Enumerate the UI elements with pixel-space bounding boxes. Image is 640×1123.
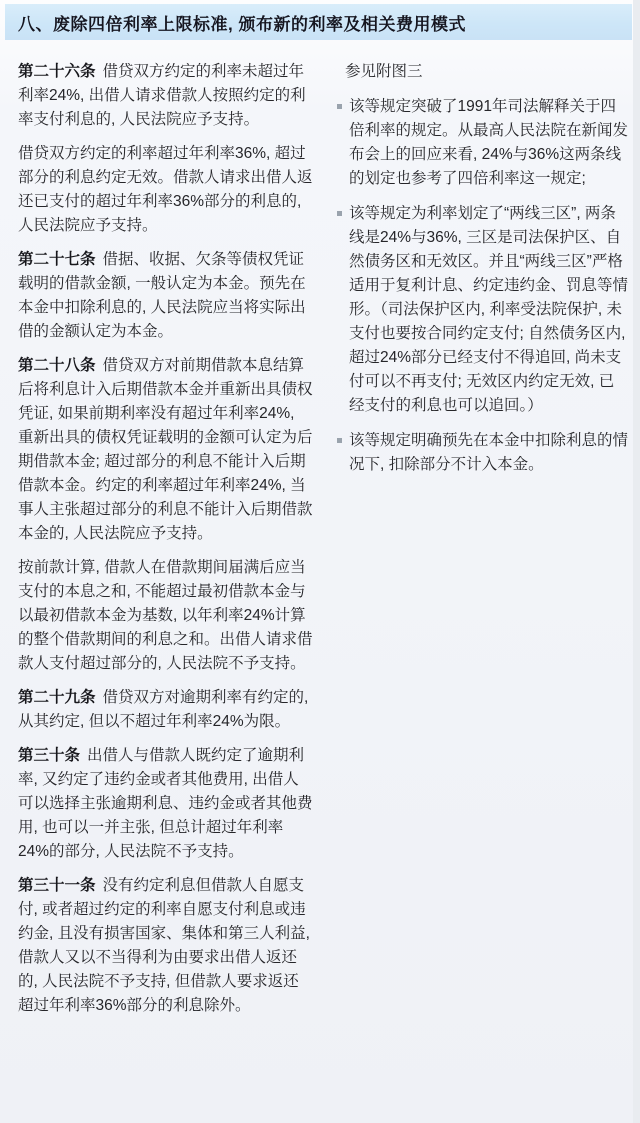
article-paragraph: 第二十八条借贷双方对前期借款本息结算后将利息计入后期借款本金并重新出具债权凭证,… [18,354,313,546]
article-number: 第三十条 [18,747,80,764]
article-paragraph: 第二十九条借贷双方对逾期利率有约定的, 从其约定, 但以不超过年利率24%为限。 [18,686,313,734]
article-paragraph: 第二十六条借贷双方约定的利率未超过年利率24%, 出借人请求借款人按照约定的利率… [18,60,313,132]
article-paragraph: 借贷双方约定的利率超过年利率36%, 超过部分的利息约定无效。借款人请求出借人返… [18,142,313,238]
note-item: 该等规定为利率划定了“两线三区”, 两条线是24%与36%, 三区是司法保护区、… [337,202,629,418]
article-paragraph: 按前款计算, 借款人在借款期间届满后应当支付的本息之和, 不能超过最初借款本金与… [18,556,313,676]
article-number: 第二十七条 [18,251,96,268]
notes-list: 该等规定突破了1991年司法解释关于四倍利率的规定。从最高人民法院在新闻发布会上… [337,95,629,477]
article-text: 没有约定利息但借款人自愿支付, 或者超过约定的利率自愿支付利息或违约金, 且没有… [18,877,310,1014]
section-header: 八、废除四倍利率上限标准, 颁布新的利率及相关费用模式 [5,4,632,40]
page-edge-shade [633,0,640,1123]
note-item: 该等规定明确预先在本金中扣除利息的情况下, 扣除部分不计入本金。 [337,429,629,477]
square-bullet-icon [337,104,342,109]
article-text: 借贷双方约定的利率超过年利率36%, 超过部分的利息约定无效。借款人请求出借人返… [18,145,313,234]
article-number: 第二十九条 [18,689,96,706]
note-text: 该等规定为利率划定了“两线三区”, 两条线是24%与36%, 三区是司法保护区、… [349,205,628,414]
article-text: 借贷双方对前期借款本息结算后将利息计入后期借款本金并重新出具债权凭证, 如果前期… [18,357,313,542]
article-paragraph: 第三十条出借人与借款人既约定了逾期利率, 又约定了违约金或者其他费用, 出借人可… [18,744,313,864]
article-text: 按前款计算, 借款人在借款期间届满后应当支付的本息之和, 不能超过最初借款本金与… [18,559,313,672]
note-text: 该等规定突破了1991年司法解释关于四倍利率的规定。从最高人民法院在新闻发布会上… [349,98,628,187]
figure-reference: 参见附图三 [337,60,629,84]
square-bullet-icon [337,211,342,216]
content-columns: 第二十六条借贷双方约定的利率未超过年利率24%, 出借人请求借款人按照约定的利率… [18,60,630,1028]
article-number: 第二十六条 [18,63,96,80]
article-number: 第三十一条 [18,877,96,894]
note-item: 该等规定突破了1991年司法解释关于四倍利率的规定。从最高人民法院在新闻发布会上… [337,95,629,191]
articles-column: 第二十六条借贷双方约定的利率未超过年利率24%, 出借人请求借款人按照约定的利率… [18,60,313,1028]
square-bullet-icon [337,438,342,443]
note-text: 该等规定明确预先在本金中扣除利息的情况下, 扣除部分不计入本金。 [349,432,628,473]
article-paragraph: 第二十七条借据、收据、欠条等债权凭证载明的借款金额, 一般认定为本金。预先在本金… [18,248,313,344]
article-paragraph: 第三十一条没有约定利息但借款人自愿支付, 或者超过约定的利率自愿支付利息或违约金… [18,874,313,1018]
article-number: 第二十八条 [18,357,96,374]
section-title: 八、废除四倍利率上限标准, 颁布新的利率及相关费用模式 [5,10,466,35]
notes-column: 参见附图三 该等规定突破了1991年司法解释关于四倍利率的规定。从最高人民法院在… [337,60,629,488]
